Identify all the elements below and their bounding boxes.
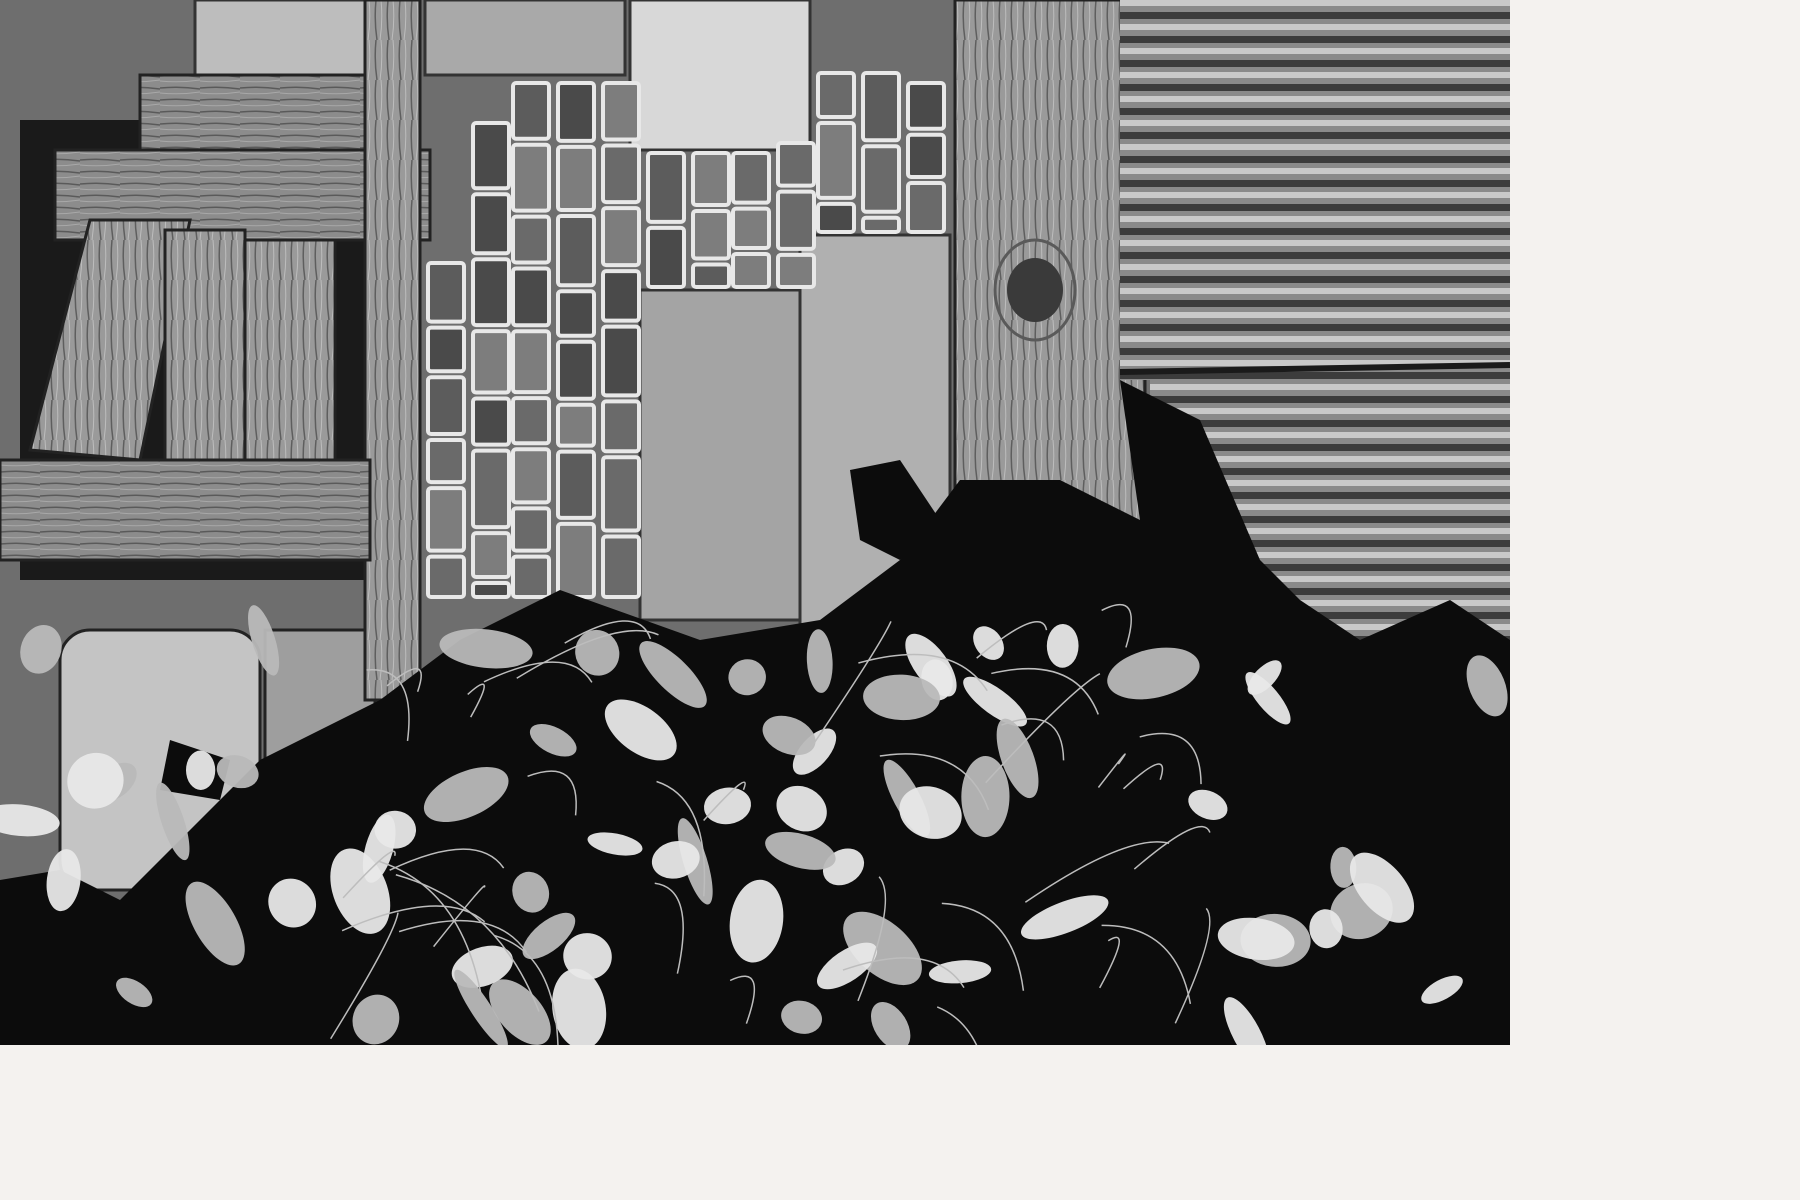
photo-scene xyxy=(0,0,1510,1045)
photograph xyxy=(0,0,1510,1045)
white-mat-border xyxy=(1510,0,1568,1045)
